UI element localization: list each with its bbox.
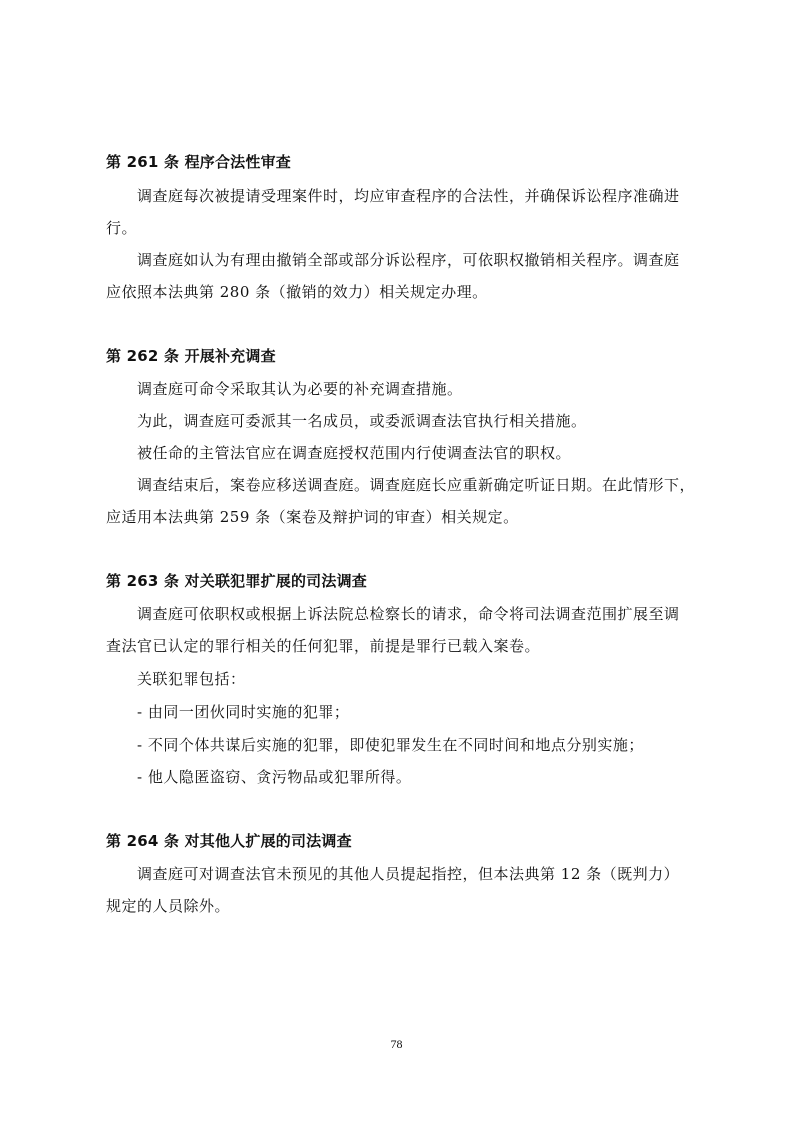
article-263-bullet-2: - 不同个体共谋后实施的犯罪，即使犯罪发生在不同时间和地点分别实施； xyxy=(137,734,644,755)
article-264-para-1-line-1: 调查庭可对调查法官未预见的其他人员提起指控，但本法典第 12 条（既判力） xyxy=(137,863,679,884)
article-261-para-2-line-2: 应依照本法典第 280 条（撤销的效力）相关规定办理。 xyxy=(106,281,488,302)
page-number: 78 xyxy=(0,1037,793,1052)
article-262-para-1: 调查庭可命令采取其认为必要的补充调查措施。 xyxy=(137,378,463,399)
article-263-bullet-1: - 由同一团伙同时实施的犯罪； xyxy=(137,701,349,722)
article-264-heading: 第 264 条 对其他人扩展的司法调查 xyxy=(106,830,352,851)
article-262-heading: 第 262 条 开展补充调查 xyxy=(106,345,276,366)
article-263-para-1-line-2: 查法官已认定的罪行相关的任何犯罪，前提是罪行已载入案卷。 xyxy=(106,635,540,656)
article-263-para-1-line-1: 调查庭可依职权或根据上诉法院总检察长的请求，命令将司法调查范围扩展至调 xyxy=(137,603,680,624)
article-263-para-2: 关联犯罪包括： xyxy=(137,668,246,689)
article-261-para-2-line-1: 调查庭如认为有理由撤销全部或部分诉讼程序，可依职权撤销相关程序。调查庭 xyxy=(137,249,680,270)
document-page: 第 261 条 程序合法性审查 调查庭每次被提请受理案件时，均应审查程序的合法性… xyxy=(0,0,793,1122)
article-264-para-1-line-2: 规定的人员除外。 xyxy=(106,895,230,916)
article-262-para-3: 被任命的主管法官应在调查庭授权范围内行使调查法官的职权。 xyxy=(137,442,571,463)
article-262-para-4-line-1: 调查结束后，案卷应移送调查庭。调查庭庭长应重新确定听证日期。在此情形下， xyxy=(137,474,695,495)
article-261-para-1-line-1: 调查庭每次被提请受理案件时，均应审查程序的合法性，并确保诉讼程序准确进 xyxy=(137,185,680,206)
article-263-heading: 第 263 条 对关联犯罪扩展的司法调查 xyxy=(106,570,367,591)
article-262-para-4-line-2: 应适用本法典第 259 条（案卷及辩护词的审查）相关规定。 xyxy=(106,506,519,527)
article-261-para-1-line-2: 行。 xyxy=(106,217,137,238)
article-262-para-2: 为此，调查庭可委派其一名成员，或委派调查法官执行相关措施。 xyxy=(137,410,587,431)
article-261-heading: 第 261 条 程序合法性审查 xyxy=(106,151,291,172)
article-263-bullet-3: - 他人隐匿盗窃、贪污物品或犯罪所得。 xyxy=(137,766,411,787)
